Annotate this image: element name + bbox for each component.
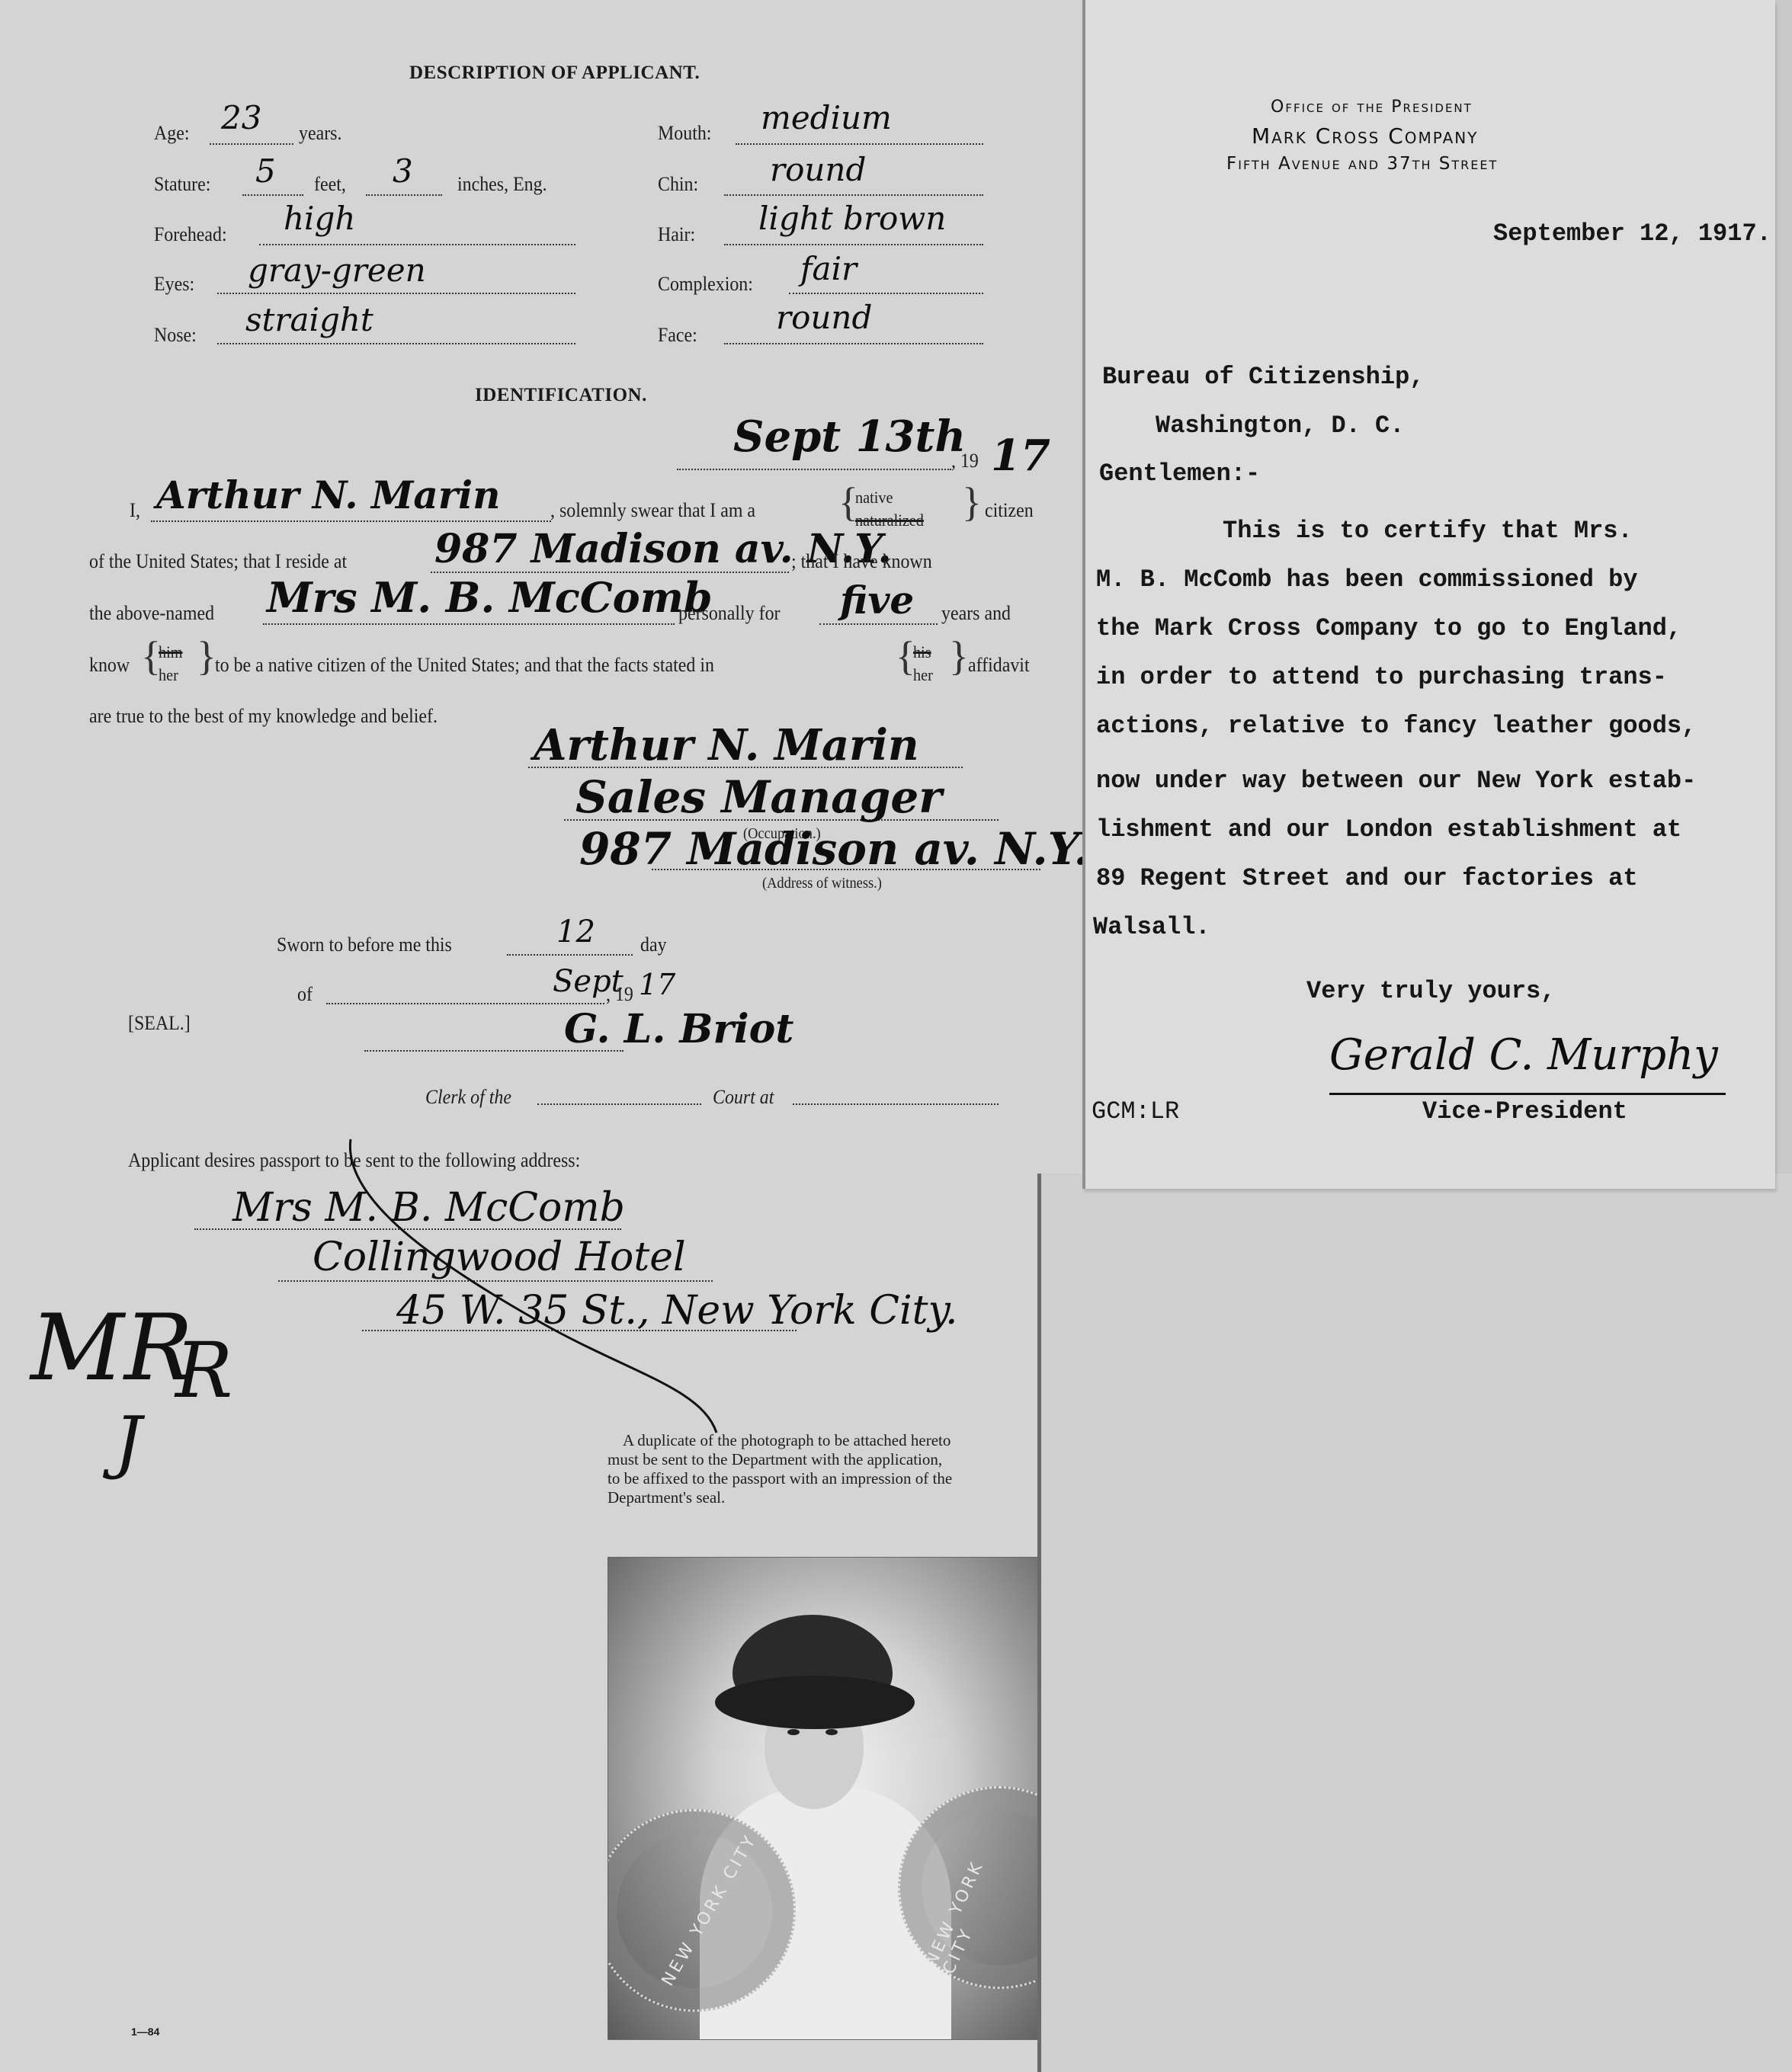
pronoun-him: him: [159, 642, 182, 662]
mouth-line: [736, 143, 983, 145]
witness-occupation: Sales Manager: [575, 771, 942, 823]
sworn-year-prefix: , 19: [606, 983, 633, 1006]
identification-line2-end: ; that I have known: [791, 550, 932, 573]
witness-name: Arthur N. Marin: [156, 472, 500, 517]
face-value: round: [776, 299, 872, 336]
court-at-label: Court at: [713, 1086, 774, 1109]
hair-line: [724, 244, 983, 245]
identification-year: 17: [991, 431, 1050, 481]
years-known: five: [840, 578, 914, 623]
identification-date: Sept 13th: [733, 412, 966, 462]
clerk-court-line: [537, 1103, 701, 1105]
margin-initials-j: J: [114, 1402, 142, 1482]
identification-line4-end: affidavit: [968, 654, 1030, 677]
cancel-stroke: [335, 1135, 732, 1440]
photo-note-line: to be affixed to the passport with an im…: [607, 1469, 1046, 1488]
chin-label: Chin:: [658, 173, 698, 196]
identification-heading: IDENTIFICATION.: [475, 385, 647, 406]
body-line: 89 Regent Street and our factories at: [1096, 864, 1638, 892]
face-label: Face:: [658, 324, 697, 347]
age-line: [210, 143, 293, 145]
identification-line5: are true to the best of my knowledge and…: [89, 705, 438, 728]
mark-cross-letter: Office of the President Mark Cross Compa…: [1082, 0, 1775, 1189]
identification-i: I,: [130, 499, 140, 522]
pronoun-her: her: [159, 665, 178, 685]
sworn-month-line: [326, 1003, 604, 1004]
reference-initials: GCM:LR: [1092, 1097, 1179, 1126]
margin-initials-r: R: [175, 1326, 232, 1415]
age-label: Age:: [154, 122, 190, 145]
mouth-value: medium: [761, 99, 892, 136]
eyes-line: [217, 293, 575, 294]
witness-signature: Arthur N. Marin: [534, 720, 919, 770]
body-line: Walsall.: [1093, 913, 1210, 941]
chin-line: [724, 194, 983, 196]
identification-line1-mid: , solemnly swear that I am a: [550, 499, 755, 522]
letter-date: September 12, 1917.: [1493, 219, 1771, 248]
sworn-day-line: [507, 954, 633, 956]
applicant-photograph: NEW YORK CITY NEW YORK CITY: [607, 1557, 1042, 2040]
stature-inches-label: inches, Eng.: [457, 173, 547, 196]
hair-label: Hair:: [658, 223, 695, 246]
clerk-of-the-label: Clerk of the: [425, 1086, 511, 1109]
complexion-label: Complexion:: [658, 273, 753, 296]
age-suffix: years.: [299, 122, 341, 145]
identification-line3-prefix: the above-named: [89, 602, 214, 625]
body-line: in order to attend to purchasing trans-: [1096, 663, 1667, 691]
eyes-value: gray-green: [248, 251, 426, 289]
nose-label: Nose:: [154, 324, 197, 347]
body-line: now under way between our New York estab…: [1096, 767, 1696, 795]
sworn-of-label: of: [297, 983, 313, 1006]
sworn-day: 12: [556, 914, 595, 950]
recipient-line2: Washington, D. C.: [1156, 412, 1404, 440]
sworn-day-label: day: [640, 934, 667, 956]
closing: Very truly yours,: [1306, 977, 1555, 1005]
forehead-value: high: [284, 200, 355, 237]
court-at-line: [793, 1103, 999, 1105]
photo-figure-hat-brim: [715, 1676, 915, 1729]
nose-line: [217, 343, 575, 344]
stature-inches-line: [366, 194, 442, 196]
identification-line3-end: years and: [941, 602, 1011, 625]
brace-close-2: }: [197, 632, 216, 680]
description-heading: DESCRIPTION OF APPLICANT.: [409, 62, 700, 84]
witness-name-line: [151, 520, 551, 522]
face-line: [724, 343, 983, 344]
body-line: M. B. McComb has been commissioned by: [1096, 565, 1638, 594]
mouth-label: Mouth:: [658, 122, 711, 145]
passport-application-page: DESCRIPTION OF APPLICANT. Age: 23 years.…: [0, 0, 1086, 2072]
brace-close: }: [962, 479, 982, 526]
vp-signature: Gerald C. Murphy: [1329, 1030, 1718, 1080]
stature-inches-value: 3: [393, 152, 413, 190]
identification-line2-prefix: of the United States; that I reside at: [89, 550, 347, 573]
applicant-name: Mrs M. B. McComb: [267, 573, 713, 622]
years-known-line: [819, 623, 938, 625]
letterhead-address: Fifth Avenue and 37th Street: [1226, 154, 1498, 174]
age-value: 23: [221, 99, 261, 136]
photo-note-line: Department's seal.: [607, 1488, 1046, 1507]
salutation: Gentlemen:-: [1099, 460, 1260, 488]
brace-close-3: }: [949, 632, 969, 680]
pronoun-his: his: [913, 642, 931, 662]
nose-value: straight: [245, 301, 373, 338]
body-line: the Mark Cross Company to go to England,: [1096, 614, 1681, 642]
underlying-sheet: [1037, 1174, 1792, 2072]
identification-line1-end: citizen: [985, 499, 1034, 522]
letterhead-office: Office of the President: [1271, 98, 1473, 117]
identification-line4-mid: to be a native citizen of the United Sta…: [215, 654, 714, 677]
margin-initials-mr: MR: [30, 1295, 193, 1401]
form-number: 1—84: [131, 2026, 159, 2038]
hair-value: light brown: [758, 200, 946, 237]
applicant-name-line: [263, 623, 675, 625]
chin-value: round: [770, 151, 866, 188]
choice-native: native: [855, 488, 893, 508]
clerk-signature: G. L. Briot: [564, 1006, 793, 1052]
complexion-value: fair: [800, 250, 857, 287]
photo-note-line: A duplicate of the photograph to be atta…: [607, 1431, 1046, 1450]
complexion-line: [789, 293, 983, 294]
identification-line3-mid: personally for: [678, 602, 781, 625]
eyes-label: Eyes:: [154, 273, 194, 296]
signature-rule: [1329, 1093, 1726, 1095]
stature-label: Stature:: [154, 173, 210, 196]
forehead-line: [259, 244, 575, 245]
identification-year-prefix: , 19: [951, 450, 979, 472]
sworn-year: 17: [639, 968, 675, 1001]
photo-note-line: must be sent to the Department with the …: [607, 1450, 1046, 1469]
stature-feet-label: feet,: [314, 173, 346, 196]
photo-note: A duplicate of the photograph to be atta…: [607, 1431, 1046, 1507]
body-line: This is to certify that Mrs.: [1223, 517, 1633, 545]
identification-line4-prefix: know: [89, 654, 130, 677]
stature-feet-line: [242, 194, 303, 196]
letterhead-company: Mark Cross Company: [1252, 123, 1478, 149]
sworn-prefix: Sworn to before me this: [277, 934, 452, 956]
date-line: [677, 469, 951, 470]
seal-label: [SEAL.]: [128, 1012, 191, 1035]
address-label: (Address of witness.): [762, 875, 882, 892]
vp-title: Vice-President: [1422, 1097, 1627, 1126]
recipient-line1: Bureau of Citizenship,: [1102, 363, 1424, 391]
witness-address: 987 Madison av. N.Y.: [579, 823, 1089, 875]
body-line: lishment and our London establishment at: [1096, 815, 1681, 844]
pronoun-her-2: her: [913, 665, 933, 685]
forehead-label: Forehead:: [154, 223, 227, 246]
body-line: actions, relative to fancy leather goods…: [1096, 712, 1696, 740]
stature-feet-value: 5: [255, 152, 276, 190]
